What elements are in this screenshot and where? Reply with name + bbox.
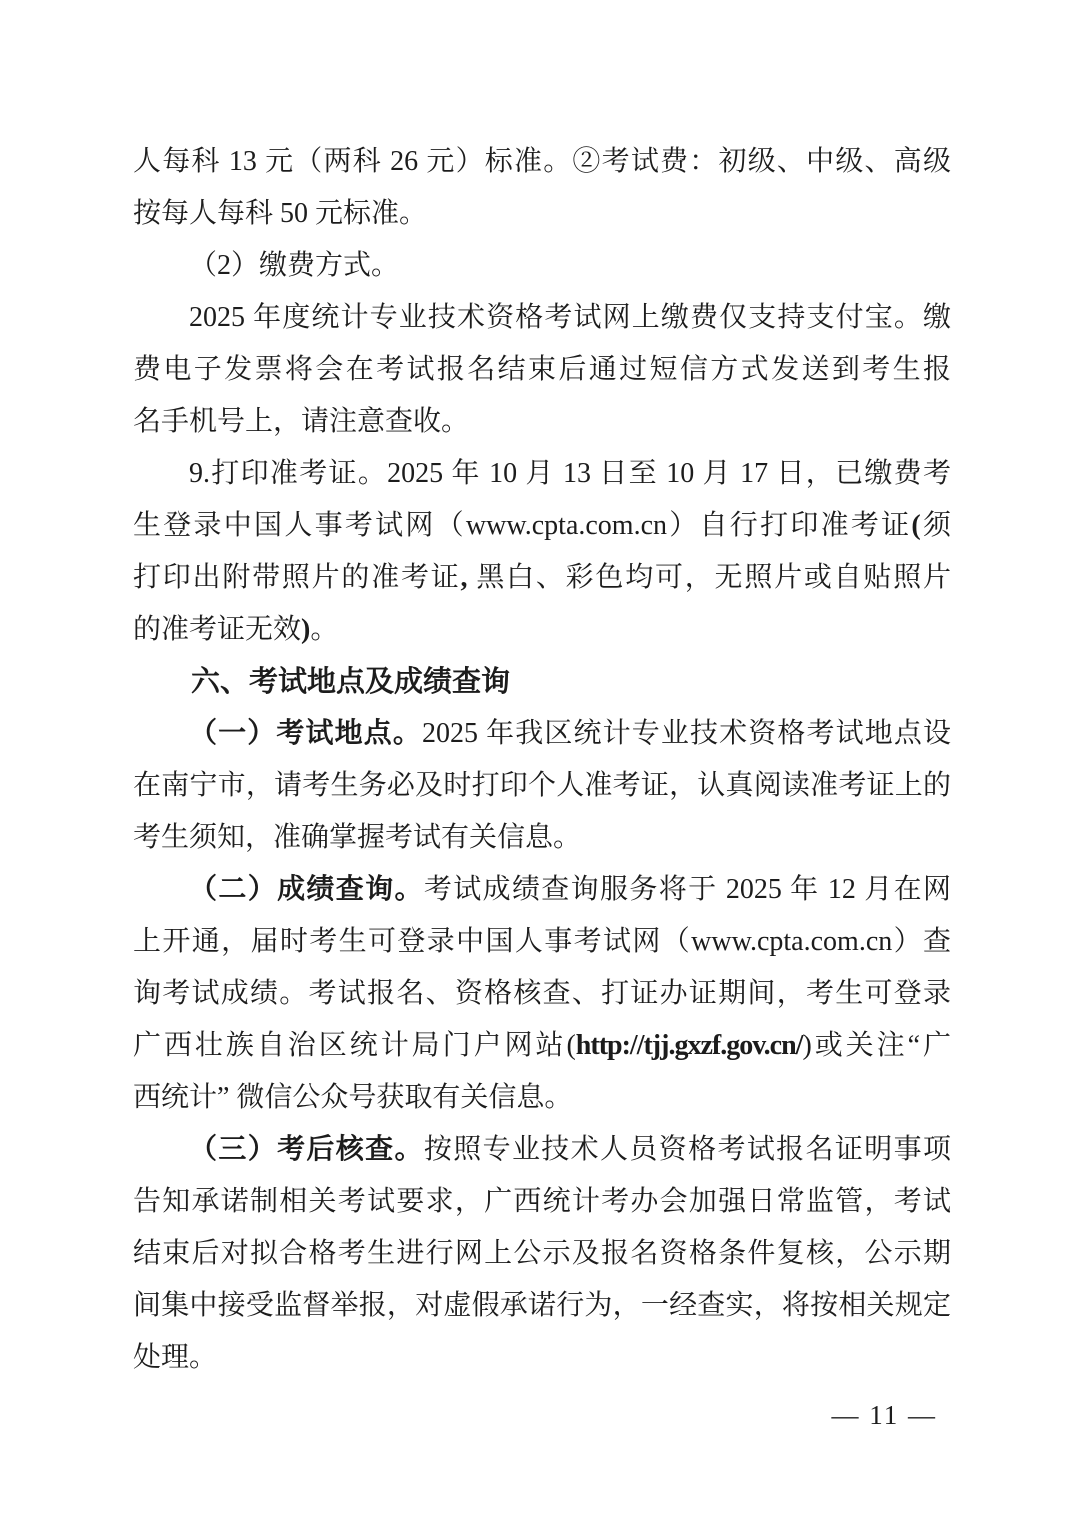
- doc-line-12: （一）考试地点。2025 年我区统计专业技术资格考试地点设: [133, 708, 951, 760]
- text-segment: 生登录中国人事考试网（www.cpta.com.cn）自行打印准考证: [133, 510, 911, 541]
- bold-paren: (: [911, 510, 920, 541]
- text-segment: 须: [921, 510, 951, 541]
- doc-line-05: 费电子发票将会在考试报名结束后通过短信方式发送到考生报: [133, 344, 951, 396]
- text-segment: 的准考证无效: [133, 614, 301, 645]
- document-page: { "page": { "background": "#ffffff", "te…: [0, 0, 1074, 1520]
- doc-line-01: 人每科 13 元（两科 26 元）标准。②考试费：初级、中级、高级: [133, 136, 951, 188]
- text-segment: 按每人每科 50 元标准。: [133, 198, 427, 229]
- doc-line-17: 询考试成绩。考试报名、资格核查、打证办证期间，考生可登录: [133, 968, 951, 1020]
- text-segment: 2025 年度统计专业技术资格考试网上缴费仅支持支付宝。缴: [189, 302, 951, 333]
- bold-comma: ,: [461, 562, 477, 593]
- doc-line-09: 打印出附带照片的准考证, 黑白、彩色均可，无照片或自贴照片: [133, 552, 951, 604]
- doc-line-18: 广西壮族自治区统计局门户网站(http://tjj.gxzf.gov.cn/)或…: [133, 1020, 951, 1072]
- text-segment: 结束后对拟合格考生进行网上公示及报名资格条件复核，公示期: [133, 1238, 951, 1269]
- text-segment: 考生须知，准确掌握考试有关信息。: [133, 822, 581, 853]
- doc-line-19: 西统计” 微信公众号获取有关信息。: [133, 1072, 951, 1124]
- text-segment: 名手机号上，请注意查收。: [133, 406, 469, 437]
- page-number: — 11 —: [832, 1399, 938, 1431]
- text-segment: 2025 年我区统计专业技术资格考试地点设: [422, 718, 951, 749]
- text-segment: 。: [310, 614, 338, 645]
- text-segment: 告知承诺制相关考试要求，广西统计考办会加强日常监管，考试: [133, 1186, 951, 1217]
- bold-paren: ): [301, 614, 310, 645]
- doc-line-02: 按每人每科 50 元标准。: [133, 188, 951, 240]
- text-segment: )或关注“广: [802, 1030, 951, 1061]
- doc-line-07: 9.打印准考证。2025 年 10 月 13 日至 10 月 17 日，已缴费考: [133, 448, 951, 500]
- doc-line-10: 的准考证无效)。: [133, 604, 951, 656]
- text-segment: 按照专业技术人员资格考试报名证明事项: [424, 1134, 951, 1165]
- text-segment: 处理。: [133, 1342, 217, 1373]
- text-segment: 打印出附带照片的准考证: [133, 562, 461, 593]
- text-segment: 西统计” 微信公众号获取有关信息。: [133, 1082, 572, 1113]
- text-segment: 考试成绩查询服务将于 2025 年 12 月在网: [424, 874, 951, 905]
- text-segment: 询考试成绩。考试报名、资格核查、打证办证期间，考生可登录: [133, 978, 951, 1009]
- subsection-label: （一）考试地点。: [189, 718, 422, 749]
- text-segment: （2）缴费方式。: [189, 250, 399, 281]
- text-segment: 广西壮族自治区统计局门户网站(: [133, 1030, 576, 1061]
- doc-line-08: 生登录中国人事考试网（www.cpta.com.cn）自行打印准考证(须: [133, 500, 951, 552]
- doc-line-13: 在南宁市，请考生务必及时打印个人准考证，认真阅读准考证上的: [133, 760, 951, 812]
- text-segment: 间集中接受监督举报，对虚假承诺行为，一经查实，将按相关规定: [133, 1290, 951, 1321]
- doc-line-21: 告知承诺制相关考试要求，广西统计考办会加强日常监管，考试: [133, 1176, 951, 1228]
- doc-line-20: （三）考后核查。按照专业技术人员资格考试报名证明事项: [133, 1124, 951, 1176]
- text-segment: 9.打印准考证。2025 年 10 月 13 日至 10 月 17 日，已缴费考: [189, 458, 951, 489]
- text-segment: 人每科 13 元（两科 26 元）标准。②考试费：初级、中级、高级: [133, 146, 951, 177]
- portal-url: http://tjj.gxzf.gov.cn/: [576, 1030, 803, 1061]
- section-heading: 六、考试地点及成绩查询: [133, 656, 951, 708]
- text-segment: 在南宁市，请考生务必及时打印个人准考证，认真阅读准考证上的: [133, 770, 951, 801]
- doc-line-15: （二）成绩查询。考试成绩查询服务将于 2025 年 12 月在网: [133, 864, 951, 916]
- doc-line-03: （2）缴费方式。: [133, 240, 951, 292]
- doc-line-22: 结束后对拟合格考生进行网上公示及报名资格条件复核，公示期: [133, 1228, 951, 1280]
- doc-line-24: 处理。: [133, 1332, 951, 1384]
- text-segment: 上开通，届时考生可登录中国人事考试网（www.cpta.com.cn）查: [133, 926, 951, 957]
- section-heading-text: 六、考试地点及成绩查询: [191, 666, 510, 698]
- subsection-label: （二）成绩查询。: [189, 874, 424, 905]
- document-body: 人每科 13 元（两科 26 元）标准。②考试费：初级、中级、高级 按每人每科 …: [133, 136, 951, 1384]
- doc-line-16: 上开通，届时考生可登录中国人事考试网（www.cpta.com.cn）查: [133, 916, 951, 968]
- text-segment: 黑白、彩色均可，无照片或自贴照片: [476, 562, 951, 593]
- doc-line-14: 考生须知，准确掌握考试有关信息。: [133, 812, 951, 864]
- doc-line-04: 2025 年度统计专业技术资格考试网上缴费仅支持支付宝。缴: [133, 292, 951, 344]
- doc-line-06: 名手机号上，请注意查收。: [133, 396, 951, 448]
- text-segment: 费电子发票将会在考试报名结束后通过短信方式发送到考生报: [133, 354, 951, 385]
- doc-line-23: 间集中接受监督举报，对虚假承诺行为，一经查实，将按相关规定: [133, 1280, 951, 1332]
- subsection-label: （三）考后核查。: [189, 1134, 424, 1165]
